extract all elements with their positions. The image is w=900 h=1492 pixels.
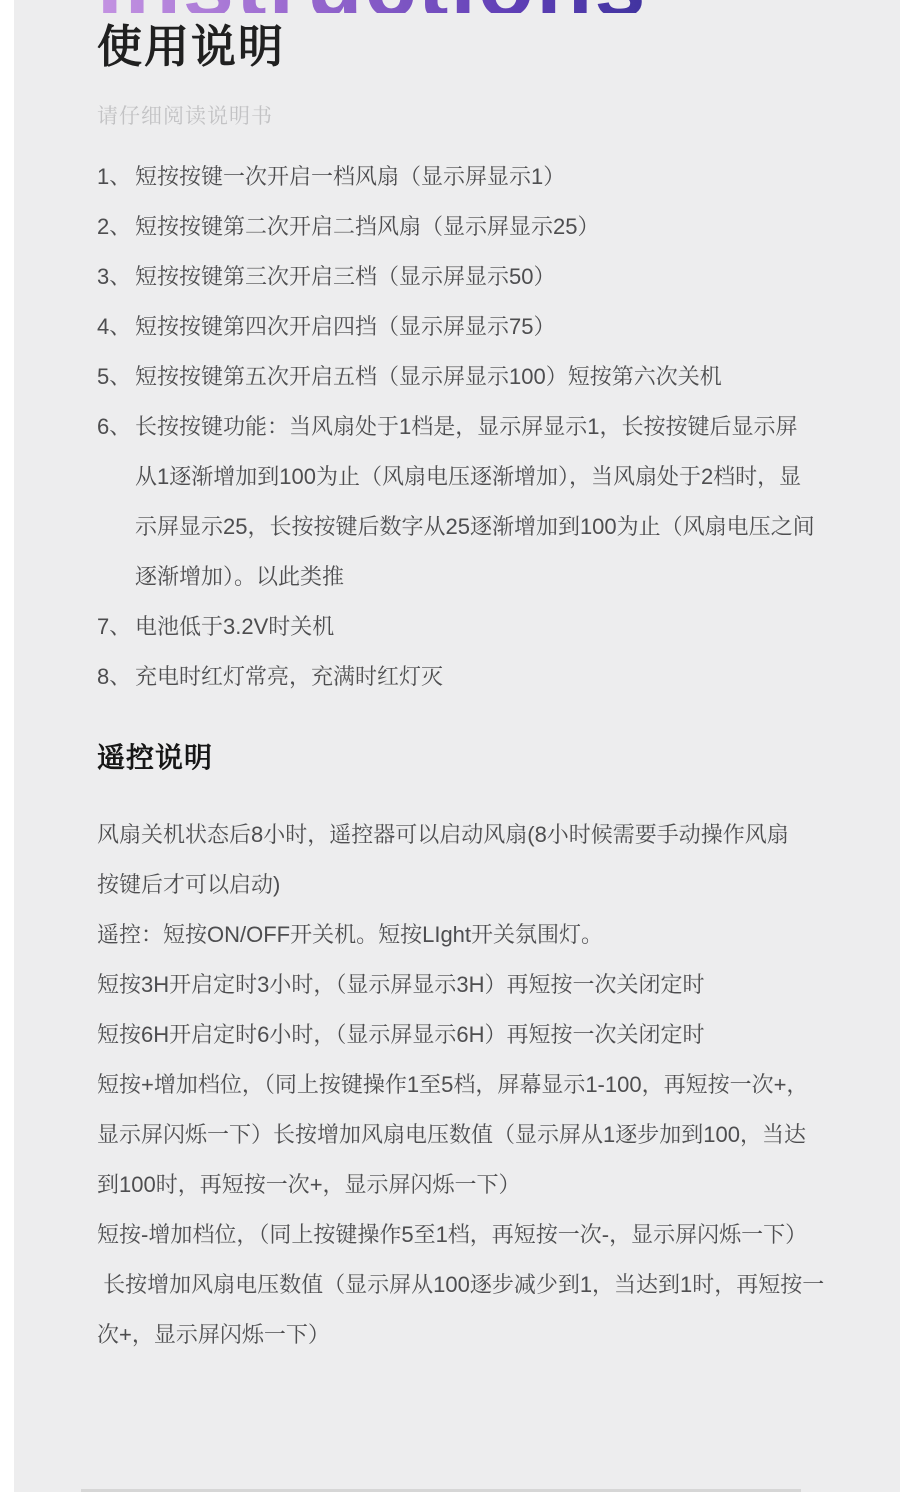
remote-line: 显示屏闪烁一下）长按增加风扇电压数值（显示屏从1逐步加到100，当达 [97,1110,880,1160]
instruction-item: 1、短按按键一次开启一档风扇（显示屏显示1） [97,152,880,202]
instruction-item: 2、短按按键第二次开启二挡风扇（显示屏显示25） [97,202,880,252]
usage-instructions-list: 1、短按按键一次开启一档风扇（显示屏显示1）2、短按按键第二次开启二挡风扇（显示… [97,152,880,702]
remote-line: 次+，显示屏闪烁一下） [97,1310,880,1360]
item-number: 1、 [97,152,135,202]
item-number: 4、 [97,302,135,352]
page-subtitle: 请仔细阅读说明书 [97,100,880,130]
instruction-item: 6、长按按键功能：当风扇处于1档是，显示屏显示1，长按按键后显示屏从1逐渐增加到… [97,402,880,602]
item-line: 电池低于3.2V时关机 [135,602,880,652]
remote-section-title: 遥控说明 [97,736,880,776]
item-number: 2、 [97,202,135,252]
instructions-watermark-text: Instructions [97,0,737,13]
item-line: 短按按键一次开启一档风扇（显示屏显示1） [135,152,880,202]
item-line: 逐渐增加）。以此类推 [135,552,880,602]
item-number: 3、 [97,252,135,302]
instructions-panel: Instructions 使用说明 请仔细阅读说明书 1、短按按键一次开启一档风… [14,0,900,1492]
remote-line: 风扇关机状态后8小时，遥控器可以启动风扇(8小时候需要手动操作风扇 [97,810,880,860]
instruction-item: 8、充电时红灯常亮，充满时红灯灭 [97,652,880,702]
item-line: 短按按键第三次开启三档（显示屏显示50） [135,252,880,302]
instruction-item: 7、电池低于3.2V时关机 [97,602,880,652]
item-line: 充电时红灯常亮，充满时红灯灭 [135,652,880,702]
remote-line: 按键后才可以启动) [97,860,880,910]
item-number: 6、 [97,402,135,452]
item-line: 示屏显示25，长按按键后数字从25逐渐增加到100为止（风扇电压之间 [135,502,880,552]
remote-line: 到100时，再短按一次+，显示屏闪烁一下） [97,1160,880,1210]
remote-line: 短按-增加档位，（同上按键操作5至1档，再短按一次-，显示屏闪烁一下） [97,1210,880,1260]
remote-line: 遥控：短按ON/OFF开关机。短按LIght开关氛围灯。 [97,910,880,960]
remote-instructions: 风扇关机状态后8小时，遥控器可以启动风扇(8小时候需要手动操作风扇按键后才可以启… [97,810,880,1360]
instruction-item: 5、短按按键第五次开启五档（显示屏显示100）短按第六次关机 [97,352,880,402]
watermark-clip: Instructions [97,0,880,13]
remote-line: 短按6H开启定时6小时，（显示屏显示6H）再短按一次关闭定时 [97,1010,880,1060]
item-number: 8、 [97,652,135,702]
remote-line: 长按增加风扇电压数值（显示屏从100逐步减少到1，当达到1时，再短按一 [97,1260,880,1310]
item-number: 5、 [97,352,135,402]
item-line: 长按按键功能：当风扇处于1档是，显示屏显示1，长按按键后显示屏 [135,402,880,452]
instruction-item: 3、短按按键第三次开启三档（显示屏显示50） [97,252,880,302]
page-title: 使用说明 [97,23,880,70]
item-line: 从1逐渐增加到100为止（风扇电压逐渐增加），当风扇处于2档时，显 [135,452,880,502]
item-line: 短按按键第二次开启二挡风扇（显示屏显示25） [135,202,880,252]
item-line: 短按按键第五次开启五档（显示屏显示100）短按第六次关机 [135,352,880,402]
remote-line: 短按+增加档位，（同上按键操作1至5档，屏幕显示1-100，再短按一次+， [97,1060,880,1110]
instruction-item: 4、短按按键第四次开启四挡（显示屏显示75） [97,302,880,352]
item-number: 7、 [97,602,135,652]
item-line: 短按按键第四次开启四挡（显示屏显示75） [135,302,880,352]
remote-line: 短按3H开启定时3小时，（显示屏显示3H）再短按一次关闭定时 [97,960,880,1010]
